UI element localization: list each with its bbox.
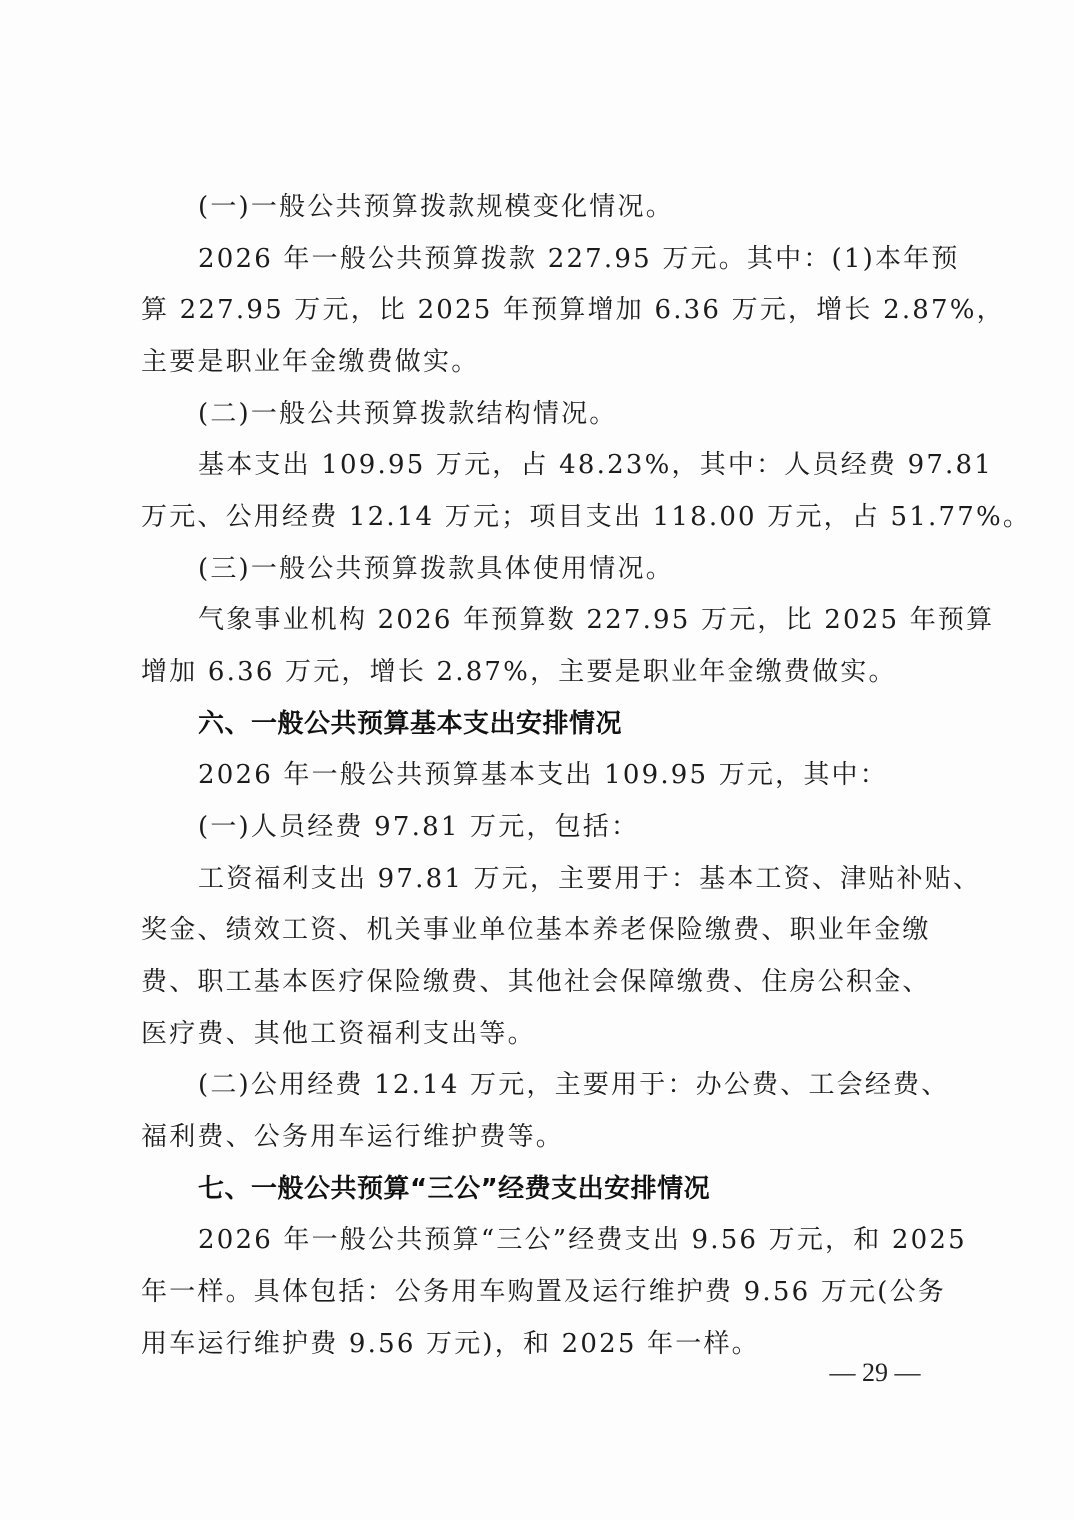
subsection-title-public-expense: (二)公用经费 12.14 万元，主要用于：办公费、工会经费、: [198, 1065, 998, 1105]
paragraph-line: 万元、公用经费 12.14 万元；项目支出 118.00 万元，占 51.77%…: [141, 497, 941, 537]
paragraph-line: 基本支出 109.95 万元，占 48.23%，其中：人员经费 97.81: [198, 445, 998, 485]
section-heading-three-public: 七、一般公共预算“三公”经费支出安排情况: [198, 1169, 998, 1209]
paragraph-line: 医疗费、其他工资福利支出等。: [141, 1014, 941, 1054]
paragraph-line: 年一样。具体包括：公务用车购置及运行维护费 9.56 万元(公务: [141, 1272, 941, 1312]
paragraph-line: 奖金、绩效工资、机关事业单位基本养老保险缴费、职业年金缴: [141, 910, 941, 950]
page-number: — 29 —: [800, 1355, 950, 1391]
paragraph-line: 费、职工基本医疗保险缴费、其他社会保障缴费、住房公积金、: [141, 962, 941, 1002]
subsection-title-personnel: (一)人员经费 97.81 万元，包括：: [198, 807, 998, 847]
paragraph-line: 算 227.95 万元，比 2025 年预算增加 6.36 万元，增长 2.87…: [141, 290, 941, 330]
paragraph-line: 主要是职业年金缴费做实。: [141, 342, 941, 382]
paragraph-line: 2026 年一般公共预算拨款 227.95 万元。其中：(1)本年预: [198, 239, 998, 279]
paragraph-line: 增加 6.36 万元，增长 2.87%，主要是职业年金缴费做实。: [141, 652, 941, 692]
document-page: (一)一般公共预算拨款规模变化情况。 2026 年一般公共预算拨款 227.95…: [0, 0, 1074, 1520]
paragraph-line: 2026 年一般公共预算“三公”经费支出 9.56 万元，和 2025: [198, 1220, 998, 1260]
paragraph-line: 2026 年一般公共预算基本支出 109.95 万元，其中：: [198, 755, 998, 795]
paragraph-line: 福利费、公务用车运行维护费等。: [141, 1117, 941, 1157]
subsection-title-scale-change: (一)一般公共预算拨款规模变化情况。: [198, 187, 998, 227]
paragraph-line: 气象事业机构 2026 年预算数 227.95 万元，比 2025 年预算: [198, 600, 998, 640]
subsection-title-structure: (二)一般公共预算拨款结构情况。: [198, 394, 998, 434]
section-heading-basic-expenditure: 六、一般公共预算基本支出安排情况: [198, 704, 998, 744]
subsection-title-usage: (三)一般公共预算拨款具体使用情况。: [198, 549, 998, 589]
paragraph-line: 工资福利支出 97.81 万元，主要用于：基本工资、津贴补贴、: [198, 859, 998, 899]
